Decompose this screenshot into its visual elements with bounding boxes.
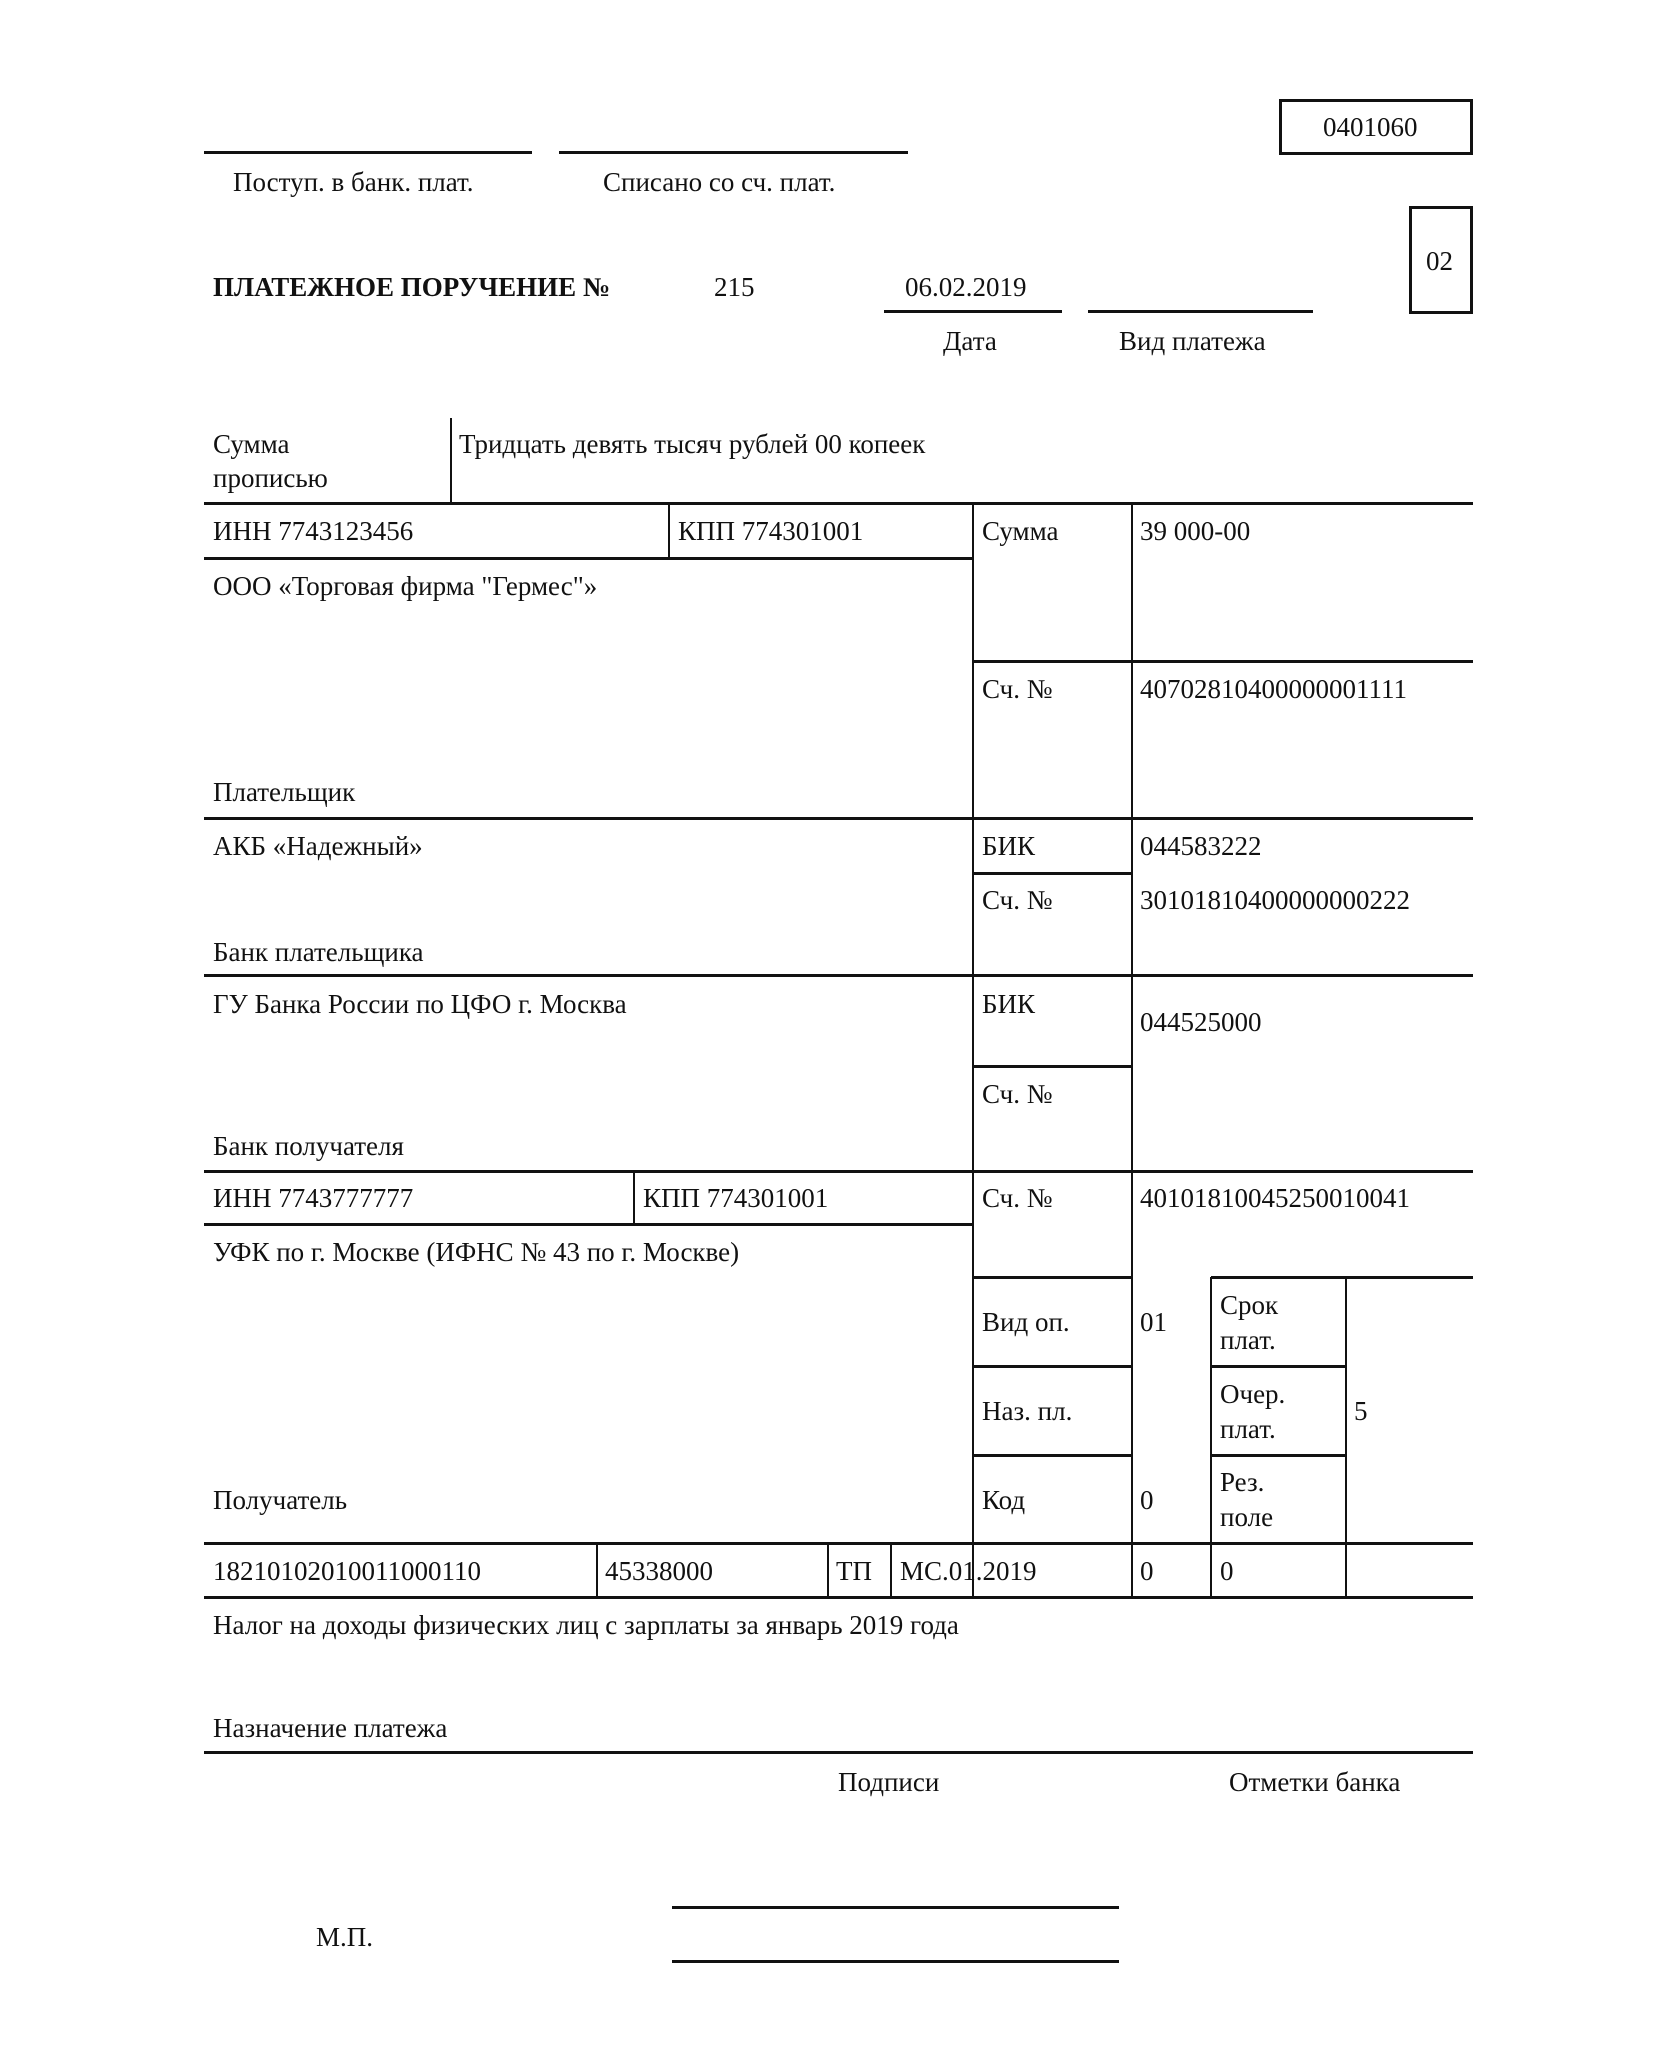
- tax-doc-number: 0: [1140, 1554, 1154, 1588]
- payer-label: Плательщик: [213, 775, 355, 809]
- bank-marks-label: Отметки банка: [1229, 1765, 1400, 1799]
- col-line: [827, 1543, 829, 1597]
- tax-basis: ТП: [836, 1554, 872, 1588]
- recipient-bank-bik: 044525000: [1140, 1005, 1262, 1039]
- payer-bank-bik-label: БИК: [982, 829, 1035, 863]
- col-line: [1210, 1277, 1212, 1597]
- amount-words-divider: [450, 418, 452, 503]
- recipient-kpp: КПП 774301001: [643, 1181, 828, 1215]
- debited-date-line: [559, 151, 908, 154]
- row-line: [204, 974, 1473, 977]
- recipient-account: 40101810045250010041: [1140, 1181, 1410, 1215]
- col-line: [890, 1543, 892, 1597]
- reserve-label-2: поле: [1220, 1500, 1273, 1534]
- document-number: 215: [714, 270, 755, 304]
- row-line: [204, 1751, 1473, 1754]
- row-line: [204, 1223, 972, 1226]
- recipient-bank-account-label: Сч. №: [982, 1077, 1053, 1111]
- received-date-line: [204, 151, 532, 154]
- payer-bank-name: АКБ «Надежный»: [213, 829, 423, 863]
- amount-words-label-2: прописью: [213, 461, 328, 495]
- recipient-account-label: Сч. №: [982, 1181, 1053, 1215]
- row-line: [972, 1454, 1132, 1457]
- debited-label: Списано со сч. плат.: [603, 165, 835, 199]
- recipient-name: УФК по г. Москве (ИФНС № 43 по г. Москве…: [213, 1235, 739, 1269]
- recipient-bank-label: Банк получателя: [213, 1129, 404, 1163]
- payer-inn: ИНН 7743123456: [213, 514, 413, 548]
- date-label: Дата: [943, 324, 997, 358]
- row-line: [204, 1542, 1473, 1545]
- row-line: [972, 660, 1473, 663]
- code: 0: [1140, 1483, 1154, 1517]
- row-line: [1211, 1276, 1473, 1279]
- document-date: 06.02.2019: [905, 270, 1027, 304]
- row-line: [204, 1596, 1473, 1599]
- purpose-label: Назначение платежа: [213, 1711, 447, 1745]
- signature-line-1: [672, 1906, 1119, 1909]
- code-label: Код: [982, 1483, 1025, 1517]
- purpose-text: Налог на доходы физических лиц с зарплат…: [213, 1608, 959, 1642]
- row-line: [204, 817, 1473, 820]
- payer-status: 02: [1426, 244, 1453, 278]
- col-line: [633, 1171, 635, 1225]
- payer-account: 40702810400000001111: [1140, 672, 1407, 706]
- recipient-bank-bik-label: БИК: [982, 987, 1035, 1021]
- date-line: [884, 310, 1062, 313]
- row-line: [972, 872, 1132, 875]
- signatures-label: Подписи: [838, 1765, 939, 1799]
- kbk: 18210102010011000110: [213, 1554, 481, 1588]
- due-label-1: Срок: [1220, 1288, 1278, 1322]
- payer-bank-bik: 044583222: [1140, 829, 1262, 863]
- col-line: [596, 1543, 598, 1597]
- row-line: [972, 1365, 1132, 1368]
- due-label-2: плат.: [1220, 1323, 1276, 1357]
- amount-value: 39 000-00: [1140, 514, 1250, 548]
- purpose-code-label: Наз. пл.: [982, 1394, 1072, 1428]
- payment-type-label: Вид платежа: [1119, 324, 1266, 358]
- priority: 5: [1354, 1394, 1368, 1428]
- payer-kpp: КПП 774301001: [678, 514, 863, 548]
- form-code: 0401060: [1323, 110, 1418, 144]
- document-title: ПЛАТЕЖНОЕ ПОРУЧЕНИЕ №: [213, 270, 610, 304]
- stamp-label: М.П.: [316, 1920, 373, 1954]
- amount-label: Сумма: [982, 514, 1058, 548]
- recipient-bank-name: ГУ Банка России по ЦФО г. Москва: [213, 987, 627, 1021]
- col-line: [972, 503, 974, 1597]
- op-type-label: Вид оп.: [982, 1305, 1070, 1339]
- row-line: [1211, 1365, 1346, 1368]
- payer-bank-account-label: Сч. №: [982, 883, 1053, 917]
- payer-account-label: Сч. №: [982, 672, 1053, 706]
- row-line: [972, 1276, 1132, 1279]
- recipient-label: Получатель: [213, 1483, 347, 1517]
- col-line: [1345, 1277, 1347, 1597]
- recipient-inn: ИНН 7743777777: [213, 1181, 413, 1215]
- op-type: 01: [1140, 1305, 1167, 1339]
- row-line: [972, 1065, 1132, 1068]
- received-label: Поступ. в банк. плат.: [233, 165, 474, 199]
- payer-name: ООО «Торговая фирма "Гермес"»: [213, 569, 597, 603]
- row-line: [1211, 1454, 1346, 1457]
- reserve-label-1: Рез.: [1220, 1465, 1264, 1499]
- amount-words-label-1: Сумма: [213, 427, 289, 461]
- row-line: [204, 502, 1473, 505]
- payer-bank-account: 30101810400000000222: [1140, 883, 1410, 917]
- signature-line-2: [672, 1960, 1119, 1963]
- amount-words-value: Тридцать девять тысяч рублей 00 копеек: [459, 427, 925, 461]
- row-line: [204, 1170, 1473, 1173]
- priority-label-1: Очер.: [1220, 1377, 1285, 1411]
- row-line: [204, 557, 972, 560]
- col-line: [1131, 503, 1133, 1597]
- oktmo: 45338000: [605, 1554, 713, 1588]
- payer-bank-label: Банк плательщика: [213, 935, 424, 969]
- tax-doc-date: 0: [1220, 1554, 1234, 1588]
- payment-type-line: [1088, 310, 1313, 313]
- priority-label-2: плат.: [1220, 1412, 1276, 1446]
- col-line: [668, 503, 670, 559]
- tax-period: МС.01.2019: [900, 1554, 1037, 1588]
